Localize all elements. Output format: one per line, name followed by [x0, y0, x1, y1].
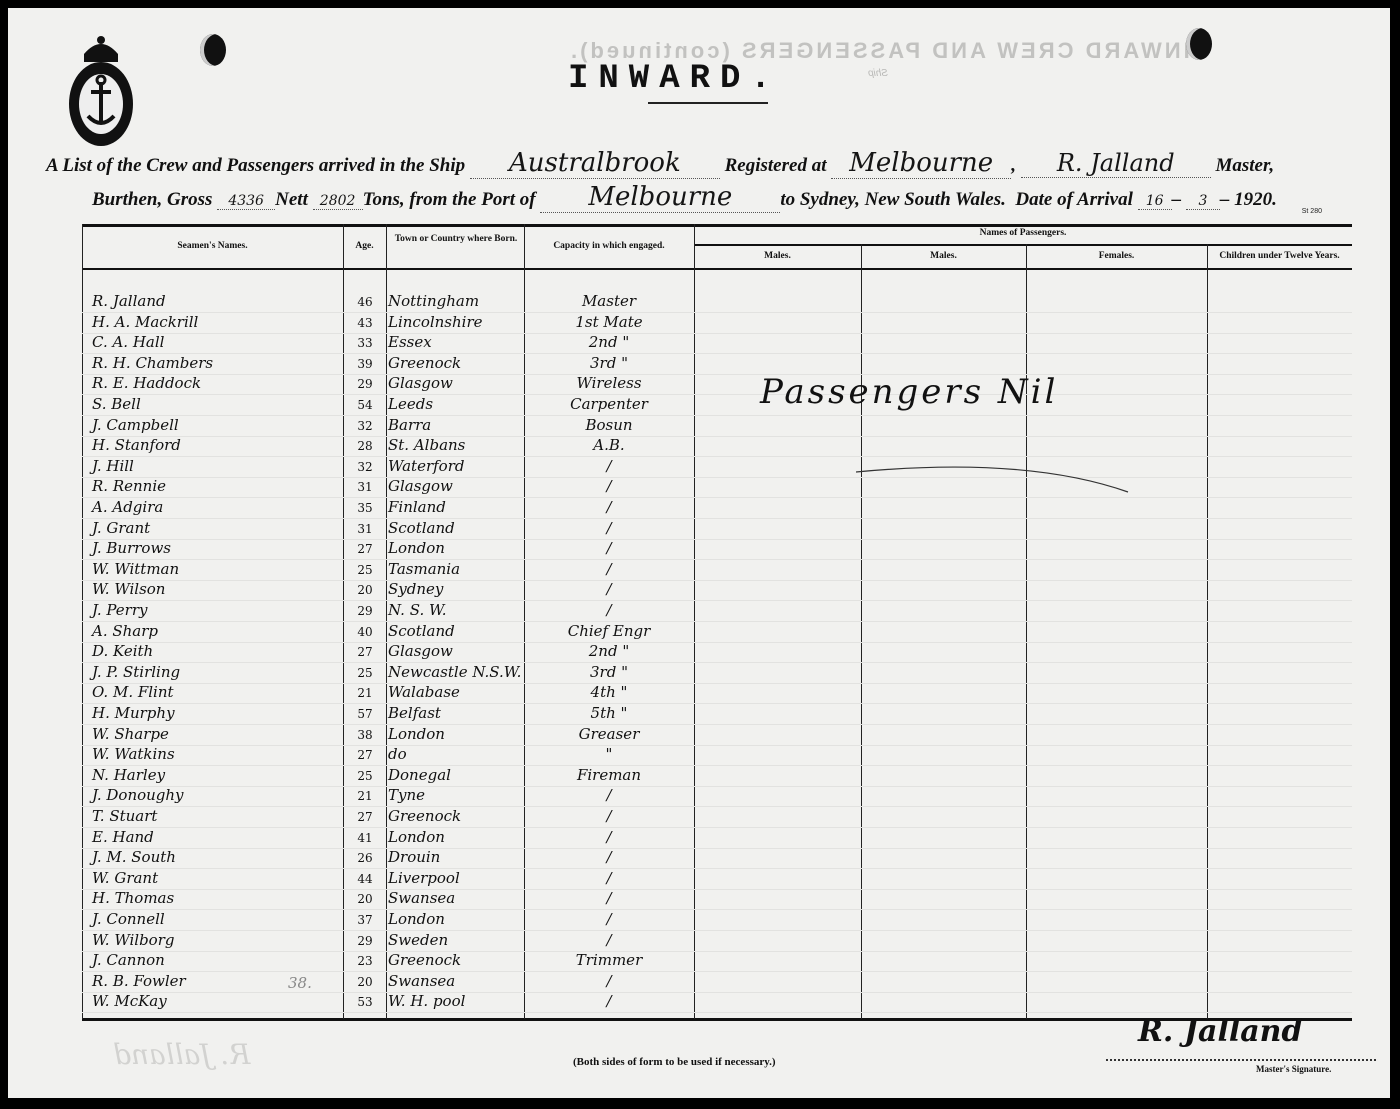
- seaman-birthplace: Barra: [388, 416, 522, 434]
- table-row: J. Grant31Scotland/: [82, 519, 702, 540]
- seaman-name: D. Keith: [92, 642, 153, 660]
- ruled-guide-line: [82, 806, 1352, 807]
- seaman-capacity: ": [527, 745, 691, 763]
- ruled-guide-line: [82, 951, 1352, 952]
- seaman-name: J. Campbell: [92, 416, 179, 434]
- ruled-guide-line: [82, 497, 1352, 498]
- seaman-birthplace: St. Albans: [388, 436, 522, 454]
- ruled-guide-line: [82, 312, 1352, 313]
- seaman-birthplace: Swansea: [388, 972, 522, 990]
- table-row: R. B. Fowler20Swansea/: [82, 972, 702, 993]
- seaman-age: 41: [348, 831, 382, 845]
- seaman-capacity: Trimmer: [527, 951, 691, 969]
- header-males-2: Males.: [861, 251, 1026, 262]
- column-divider: [1207, 244, 1208, 1019]
- ruled-guide-line: [82, 889, 1352, 890]
- ship-name-field: Australbrook: [470, 148, 720, 179]
- arrival-month-field: 3: [1186, 193, 1220, 210]
- from-port-field: Melbourne: [540, 182, 780, 213]
- table-row: R. Jalland46NottinghamMaster: [82, 292, 702, 313]
- table-row: W. Wilborg29Sweden/: [82, 931, 702, 952]
- ruled-guide-line: [82, 456, 1352, 457]
- seaman-age: 27: [348, 542, 382, 556]
- seaman-birthplace: W. H. pool: [388, 992, 522, 1010]
- seaman-age: 27: [348, 810, 382, 824]
- seaman-name: O. M. Flint: [92, 683, 174, 701]
- seaman-birthplace: London: [388, 539, 522, 557]
- seaman-name: J. Perry: [92, 601, 148, 619]
- footer-note: (Both sides of form to be used if necess…: [573, 1056, 776, 1068]
- seaman-age: 33: [348, 336, 382, 350]
- seaman-name: W. Watkins: [92, 745, 175, 763]
- ruled-guide-line: [82, 971, 1352, 972]
- seaman-age: 27: [348, 645, 382, 659]
- signature-label: Master's Signature.: [1256, 1064, 1331, 1074]
- seaman-birthplace: Leeds: [388, 395, 522, 413]
- table-row: W. Wilson20Sydney/: [82, 580, 702, 601]
- table-top-rule: [82, 224, 1352, 227]
- seaman-name: R. Jalland: [92, 292, 166, 310]
- seaman-birthplace: Essex: [388, 333, 522, 351]
- seaman-age: 40: [348, 625, 382, 639]
- seaman-capacity: 3rd ": [527, 354, 691, 372]
- ruled-guide-line: [82, 477, 1352, 478]
- seaman-name: A. Sharp: [92, 622, 158, 640]
- seaman-age: 31: [348, 522, 382, 536]
- seaman-name: J. Burrows: [92, 539, 171, 557]
- seaman-age: 23: [348, 954, 382, 968]
- table-row: A. Sharp40ScotlandChief Engr: [82, 622, 702, 643]
- seaman-capacity: /: [527, 889, 691, 907]
- seaman-birthplace: London: [388, 725, 522, 743]
- seaman-capacity: /: [527, 828, 691, 846]
- table-row: H. Thomas20Swansea/: [82, 889, 702, 910]
- seaman-name: J. Connell: [92, 910, 165, 928]
- seaman-name: H. A. Mackrill: [92, 313, 198, 331]
- seaman-age: 26: [348, 851, 382, 865]
- seaman-birthplace: Finland: [388, 498, 522, 516]
- seaman-age: 20: [348, 975, 382, 989]
- seaman-birthplace: Lincolnshire: [388, 313, 522, 331]
- table-row: R. H. Chambers39Greenock3rd ": [82, 354, 702, 375]
- seaman-birthplace: Swansea: [388, 889, 522, 907]
- ruled-guide-line: [82, 662, 1352, 663]
- seaman-name: W. Sharpe: [92, 725, 169, 743]
- header-children: Children under Twelve Years.: [1207, 251, 1352, 262]
- table-row: W. Wittman25Tasmania/: [82, 560, 702, 581]
- seaman-capacity: /: [527, 931, 691, 949]
- punch-hole-right: [1186, 28, 1212, 60]
- seaman-name: R. H. Chambers: [92, 354, 213, 372]
- seaman-name: J. Donoughy: [92, 786, 184, 804]
- margin-note: 38.: [288, 974, 312, 992]
- table-row: H. A. Mackrill43Lincolnshire1st Mate: [82, 313, 702, 334]
- destination-label: to Sydney, New South Wales.: [780, 189, 1006, 210]
- seaman-age: 27: [348, 748, 382, 762]
- column-divider: [1026, 244, 1027, 1019]
- ruled-guide-line: [82, 765, 1352, 766]
- seaman-capacity: 2nd ": [527, 333, 691, 351]
- header-seamens-names: Seamen's Names.: [82, 241, 343, 252]
- seaman-name: R. B. Fowler: [92, 972, 186, 990]
- table-row: W. Grant44Liverpool/: [82, 869, 702, 890]
- table-row: C. A. Hall33Essex2nd ": [82, 333, 702, 354]
- seaman-birthplace: Nottingham: [388, 292, 522, 310]
- column-divider: [861, 244, 862, 1019]
- seaman-age: 38: [348, 728, 382, 742]
- seaman-capacity: /: [527, 519, 691, 537]
- table-row: T. Stuart27Greenock/: [82, 807, 702, 828]
- seaman-name: R. E. Haddock: [92, 374, 201, 392]
- ruled-guide-line: [82, 930, 1352, 931]
- seaman-capacity: Wireless: [527, 374, 691, 392]
- arrival-day-field: 16: [1138, 193, 1172, 210]
- form-number: St 280: [1302, 208, 1322, 215]
- reverse-bleed-signature: R. Jalland: [113, 1038, 250, 1071]
- seaman-age: 44: [348, 872, 382, 886]
- arrival-year-field: 1920.: [1234, 189, 1277, 210]
- seaman-name: J. Grant: [92, 519, 150, 537]
- seaman-birthplace: Greenock: [388, 807, 522, 825]
- seaman-capacity: 1st Mate: [527, 313, 691, 331]
- seaman-capacity: /: [527, 457, 691, 475]
- ruled-guide-line: [82, 827, 1352, 828]
- seaman-capacity: /: [527, 498, 691, 516]
- seaman-capacity: /: [527, 848, 691, 866]
- list-intro-label: A List of the Crew and Passengers arrive…: [46, 155, 465, 176]
- seaman-birthplace: N. S. W.: [388, 601, 522, 619]
- table-header-rule: [82, 268, 1352, 270]
- ruled-guide-line: [82, 374, 1352, 375]
- seaman-name: W. Grant: [92, 869, 158, 887]
- seaman-birthplace: Donegal: [388, 766, 522, 784]
- table-row: W. Watkins27do": [82, 745, 702, 766]
- seaman-capacity: /: [527, 539, 691, 557]
- seaman-birthplace: Glasgow: [388, 477, 522, 495]
- seaman-name: J. M. South: [92, 848, 176, 866]
- seaman-birthplace: Sweden: [388, 931, 522, 949]
- ruled-guide-line: [82, 683, 1352, 684]
- ruled-guide-line: [82, 580, 1352, 581]
- seaman-capacity: Fireman: [527, 766, 691, 784]
- seaman-age: 35: [348, 501, 382, 515]
- seaman-birthplace: London: [388, 828, 522, 846]
- seaman-age: 53: [348, 995, 382, 1009]
- table-row: J. Donoughy21Tyne/: [82, 786, 702, 807]
- seaman-birthplace: Waterford: [388, 457, 522, 475]
- seaman-capacity: /: [527, 992, 691, 1010]
- table-row: J. Burrows27London/: [82, 539, 702, 560]
- table-row: O. M. Flint21Walabase4th ": [82, 683, 702, 704]
- header-capacity: Capacity in which engaged.: [524, 241, 694, 252]
- seaman-age: 25: [348, 769, 382, 783]
- seaman-capacity: /: [527, 972, 691, 990]
- master-name-field: R. Jalland: [1021, 149, 1211, 178]
- ruled-guide-line: [82, 992, 1352, 993]
- seaman-capacity: Master: [527, 292, 691, 310]
- header-line-ship: A List of the Crew and Passengers arrive…: [46, 148, 1274, 179]
- table-row: H. Stanford28St. AlbansA.B.: [82, 436, 702, 457]
- table-row: N. Harley25DonegalFireman: [82, 766, 702, 787]
- table-row: W. McKay53W. H. pool/: [82, 992, 702, 1013]
- seaman-age: 21: [348, 789, 382, 803]
- master-signature: R. Jalland: [1138, 1014, 1302, 1049]
- seaman-name: A. Adgira: [92, 498, 163, 516]
- ruled-guide-line: [82, 703, 1352, 704]
- seaman-name: J. Cannon: [92, 951, 165, 969]
- seaman-capacity: /: [527, 910, 691, 928]
- ruled-guide-line: [82, 745, 1352, 746]
- header-town-born: Town or Country where Born.: [392, 234, 520, 245]
- ruled-guide-line: [82, 621, 1352, 622]
- nett-label: Nett: [275, 189, 308, 210]
- burthen-label: Burthen, Gross: [92, 189, 212, 210]
- seaman-capacity: 5th ": [527, 704, 691, 722]
- seaman-birthplace: Newcastle N.S.W.: [388, 663, 522, 681]
- ruled-guide-line: [82, 909, 1352, 910]
- seaman-age: 25: [348, 563, 382, 577]
- registered-port-field: Melbourne: [831, 148, 1011, 179]
- table-row: E. Hand41London/: [82, 828, 702, 849]
- seaman-age: 25: [348, 666, 382, 680]
- seaman-capacity: Carpenter: [527, 395, 691, 413]
- signature-line: [1106, 1059, 1376, 1061]
- seaman-name: T. Stuart: [92, 807, 157, 825]
- seaman-age: 20: [348, 583, 382, 597]
- ruled-guide-line: [82, 518, 1352, 519]
- seaman-age: 46: [348, 295, 382, 309]
- seaman-capacity: /: [527, 807, 691, 825]
- seaman-birthplace: London: [388, 910, 522, 928]
- table-row: R. Rennie31Glasgow/: [82, 477, 702, 498]
- seaman-name: H. Murphy: [92, 704, 175, 722]
- seaman-name: J. P. Stirling: [92, 663, 180, 681]
- seaman-capacity: /: [527, 560, 691, 578]
- seaman-birthplace: Greenock: [388, 354, 522, 372]
- seaman-age: 32: [348, 460, 382, 474]
- header-age: Age.: [343, 241, 386, 252]
- gross-tons-field: 4336: [217, 193, 275, 210]
- seaman-age: 57: [348, 707, 382, 721]
- seaman-age: 29: [348, 604, 382, 618]
- seaman-birthplace: Drouin: [388, 848, 522, 866]
- ruled-guide-line: [82, 642, 1352, 643]
- seaman-age: 37: [348, 913, 382, 927]
- seaman-name: W. Wittman: [92, 560, 179, 578]
- seaman-name: N. Harley: [92, 766, 165, 784]
- seaman-capacity: Chief Engr: [527, 622, 691, 640]
- seaman-age: 32: [348, 419, 382, 433]
- document-page: INWARD CREW AND PASSENGERS (continued). …: [8, 8, 1390, 1098]
- seaman-capacity: 3rd ": [527, 663, 691, 681]
- seaman-birthplace: Greenock: [388, 951, 522, 969]
- master-label: Master,: [1215, 155, 1274, 176]
- seaman-age: 54: [348, 398, 382, 412]
- ruled-guide-line: [82, 786, 1352, 787]
- shipping-masters-seal-icon: [66, 32, 136, 148]
- seaman-capacity: A.B.: [527, 436, 691, 454]
- seaman-capacity: 4th ": [527, 683, 691, 701]
- ruled-guide-line: [82, 353, 1352, 354]
- table-row: R. E. Haddock29GlasgowWireless: [82, 374, 702, 395]
- nett-tons-field: 2802: [313, 193, 363, 210]
- seaman-age: 28: [348, 439, 382, 453]
- arrival-label: Date of Arrival: [1015, 189, 1133, 210]
- seaman-name: E. Hand: [92, 828, 154, 846]
- table-row: D. Keith27Glasgow2nd ": [82, 642, 702, 663]
- seaman-birthplace: Glasgow: [388, 374, 522, 392]
- seaman-capacity: /: [527, 477, 691, 495]
- seaman-age: 21: [348, 686, 382, 700]
- form-title: INWARD.: [568, 60, 781, 98]
- seaman-age: 29: [348, 377, 382, 391]
- seaman-capacity: /: [527, 786, 691, 804]
- table-row: J. Hill32Waterford/: [82, 457, 702, 478]
- seaman-name: S. Bell: [92, 395, 141, 413]
- ruled-guide-line: [82, 600, 1352, 601]
- seaman-birthplace: Tyne: [388, 786, 522, 804]
- table-row: J. M. South26Drouin/: [82, 848, 702, 869]
- table-row: J. Perry29N. S. W./: [82, 601, 702, 622]
- passengers-nil-note: Passengers Nil: [760, 372, 1058, 412]
- seaman-birthplace: do: [388, 745, 522, 763]
- tons-from-label: Tons, from the Port of: [363, 189, 536, 210]
- seaman-capacity: Greaser: [527, 725, 691, 743]
- table-row: W. Sharpe38LondonGreaser: [82, 725, 702, 746]
- header-males-1: Males.: [694, 251, 861, 262]
- table-row: S. Bell54LeedsCarpenter: [82, 395, 702, 416]
- seaman-name: W. McKay: [92, 992, 167, 1010]
- seaman-name: J. Hill: [92, 457, 134, 475]
- seaman-birthplace: Scotland: [388, 622, 522, 640]
- seaman-birthplace: Liverpool: [388, 869, 522, 887]
- table-row: A. Adgira35Finland/: [82, 498, 702, 519]
- title-underline: [648, 102, 768, 104]
- seaman-capacity: Bosun: [527, 416, 691, 434]
- crew-passenger-table: Seamen's Names. Age. Town or Country whe…: [82, 224, 1352, 1019]
- seaman-age: 31: [348, 480, 382, 494]
- ruled-guide-line: [82, 333, 1352, 334]
- seaman-birthplace: Tasmania: [388, 560, 522, 578]
- seaman-birthplace: Scotland: [388, 519, 522, 537]
- ruled-guide-line: [82, 394, 1352, 395]
- seaman-name: H. Thomas: [92, 889, 174, 907]
- header-line-burthen: Burthen, Gross 4336Nett 2802Tons, from t…: [92, 182, 1277, 213]
- seaman-birthplace: Sydney: [388, 580, 522, 598]
- seaman-name: W. Wilson: [92, 580, 165, 598]
- table-row: H. Murphy57Belfast5th ": [82, 704, 702, 725]
- table-row: J. Campbell32BarraBosun: [82, 416, 702, 437]
- registered-label: Registered at: [725, 155, 827, 176]
- ruled-guide-line: [82, 848, 1352, 849]
- seaman-age: 29: [348, 934, 382, 948]
- seaman-birthplace: Walabase: [388, 683, 522, 701]
- ruled-guide-line: [82, 436, 1352, 437]
- seaman-name: H. Stanford: [92, 436, 181, 454]
- passengers-subheader-rule: [694, 244, 1352, 246]
- seaman-capacity: /: [527, 580, 691, 598]
- table-row: J. Cannon23GreenockTrimmer: [82, 951, 702, 972]
- seaman-birthplace: Glasgow: [388, 642, 522, 660]
- header-females: Females.: [1026, 251, 1207, 262]
- table-row: J. P. Stirling25Newcastle N.S.W.3rd ": [82, 663, 702, 684]
- seaman-age: 43: [348, 316, 382, 330]
- seaman-age: 20: [348, 892, 382, 906]
- ruled-guide-line: [82, 868, 1352, 869]
- strike-through-curve-icon: [856, 460, 1156, 500]
- ruled-guide-line: [82, 539, 1352, 540]
- seaman-birthplace: Belfast: [388, 704, 522, 722]
- seaman-capacity: 2nd ": [527, 642, 691, 660]
- ruled-guide-line: [82, 724, 1352, 725]
- ruled-guide-line: [82, 415, 1352, 416]
- seaman-capacity: /: [527, 601, 691, 619]
- seaman-age: 39: [348, 357, 382, 371]
- table-row: J. Connell37London/: [82, 910, 702, 931]
- seaman-name: C. A. Hall: [92, 333, 164, 351]
- ruled-guide-line: [82, 559, 1352, 560]
- reverse-bleed-ship: Ship: [868, 68, 888, 79]
- seaman-name: R. Rennie: [92, 477, 166, 495]
- header-names-of-passengers: Names of Passengers.: [694, 228, 1352, 239]
- seaman-name: W. Wilborg: [92, 931, 175, 949]
- punch-hole-left: [200, 34, 226, 66]
- seaman-capacity: /: [527, 869, 691, 887]
